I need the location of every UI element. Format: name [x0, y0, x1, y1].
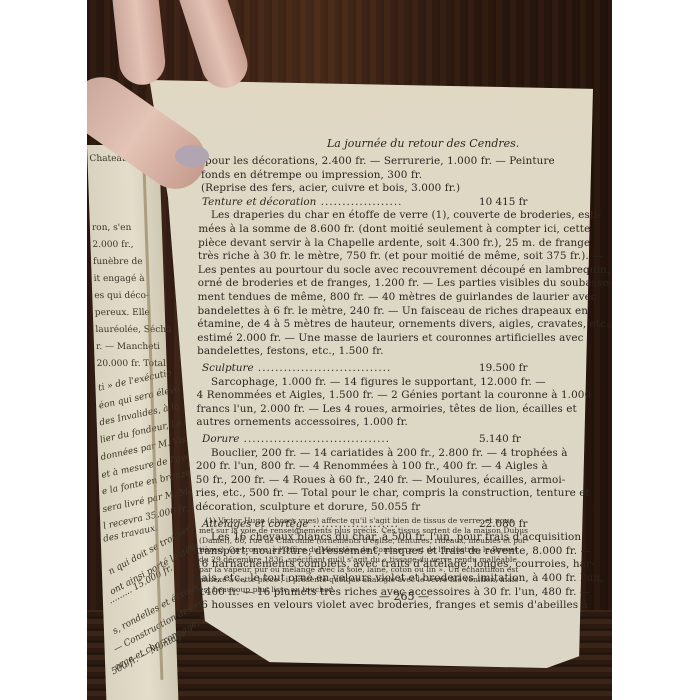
footnote-line: (Daniel), 86, rue de Charonne (ornements…: [199, 536, 529, 546]
section-title: Tenture et décoration: [202, 196, 316, 208]
book-photo: Chateauxron, s'en2.000 fr.,funèbre deit …: [87, 0, 612, 700]
text-line: bandelettes à 6 fr. le mètre, 240 fr. — …: [198, 305, 589, 319]
left-page-line: pereux. Elle: [95, 307, 150, 319]
section-amount: 10 415 fr: [479, 196, 527, 208]
text-line: orné de broderies et de franges, 1.200 f…: [198, 277, 612, 291]
left-page-line: funèbre de: [93, 256, 143, 268]
text-line: autres ornements accessoires, 1.000 fr.: [196, 416, 408, 430]
text-line: Les pentes au pourtour du socle avec rec…: [198, 264, 610, 278]
section-heading: Sculpture ..............................…: [202, 362, 391, 374]
thumbnail: [175, 145, 209, 167]
page-number: — 265 —: [379, 590, 429, 603]
running-head: La journée du retour des Cendres.: [327, 137, 519, 150]
text-line: (Reprise des fers, acier, cuivre et bois…: [201, 182, 460, 196]
left-page-line: ron, s'en: [92, 222, 132, 234]
left-page-line: it engagé à: [93, 273, 144, 285]
text-line: décoration, sculpture et dorure, 50.055 …: [196, 501, 421, 515]
text-line: pour les décorations, 2.400 fr. — Serrur…: [205, 155, 555, 169]
footnote-line: du 29 décembre 1836, spécifiant qu'il s'…: [199, 555, 517, 565]
footnote-line: annexé à cette pièce ; il présente quelq…: [199, 575, 518, 585]
text-line: mées à la somme de 8.600 fr. (dont moiti…: [198, 223, 590, 237]
text-line: bandelettes, festons, etc., 1.500 fr.: [197, 345, 383, 359]
section-heading: Tenture et décoration ..................…: [202, 196, 402, 208]
text-line: 4 Renommées et Aigles, 1.500 fr. — 2 Gén…: [197, 389, 592, 403]
text-line: Bouclier, 200 fr. — 14 cariatides à 200 …: [211, 447, 568, 461]
text-line: étamine, de 4 à 5 mètres de hauteur, orn…: [197, 318, 612, 332]
section-amount: 19.500 fr: [479, 362, 527, 374]
footnote-line: (1) Victor Hugo (choses vues) affecte qu…: [205, 516, 513, 526]
text-line: très riche à 30 fr. le mètre, 750 fr. (e…: [198, 250, 603, 264]
leader-dots: ...................: [316, 196, 402, 208]
text-line: 200 fr. l'un, 800 fr. — 4 Renommées à 10…: [196, 460, 548, 474]
text-line: francs l'un, 2.000 fr. — Les 4 roues, ar…: [197, 403, 577, 417]
text-line: estimé 2.000 fr. — Une masse de lauriers…: [197, 332, 583, 346]
text-line: fonds en détrempe ou impression, 300 fr.: [201, 169, 422, 183]
text-line: 50 fr., 200 fr. — 4 Roues à 60 fr., 240 …: [196, 474, 566, 488]
left-page-line: 2.000 fr.,: [92, 239, 133, 251]
footnote-line: met sur la voie de renseignements plus p…: [199, 526, 528, 536]
footnote-line: est beaucoup plus lisse au toucher.: [199, 585, 334, 595]
text-line: pièce devant servir à la Chapelle ardent…: [198, 237, 590, 251]
text-line: Les draperies du char en étoffe de verre…: [211, 209, 601, 223]
text-line: ries, etc., 500 fr. — Total pour le char…: [196, 487, 590, 501]
footnote-line: tières). On trouve, à l'Office du Minist…: [199, 545, 518, 555]
leader-dots: ..................................: [239, 433, 390, 445]
left-page-line: es qui déco-: [94, 290, 149, 302]
section-heading: Dorure .................................…: [202, 433, 390, 445]
section-title: Sculpture: [202, 362, 254, 374]
text-line: ment tendues de même, 800 fr. — 40 mètre…: [198, 291, 597, 305]
section-title: Dorure: [202, 433, 239, 445]
left-page-line: 20.000 fr. Total: [96, 358, 166, 370]
section-amount: 5.140 fr: [479, 433, 521, 445]
leader-dots: ...............................: [254, 362, 392, 374]
text-line: Sarcophage, 1.000 fr. — 14 figures le su…: [211, 376, 546, 390]
footnote-line: par la vapeur, pur ou mélangé avec la so…: [199, 565, 518, 575]
left-page-line: lauréolée, Sécha: [95, 324, 171, 336]
